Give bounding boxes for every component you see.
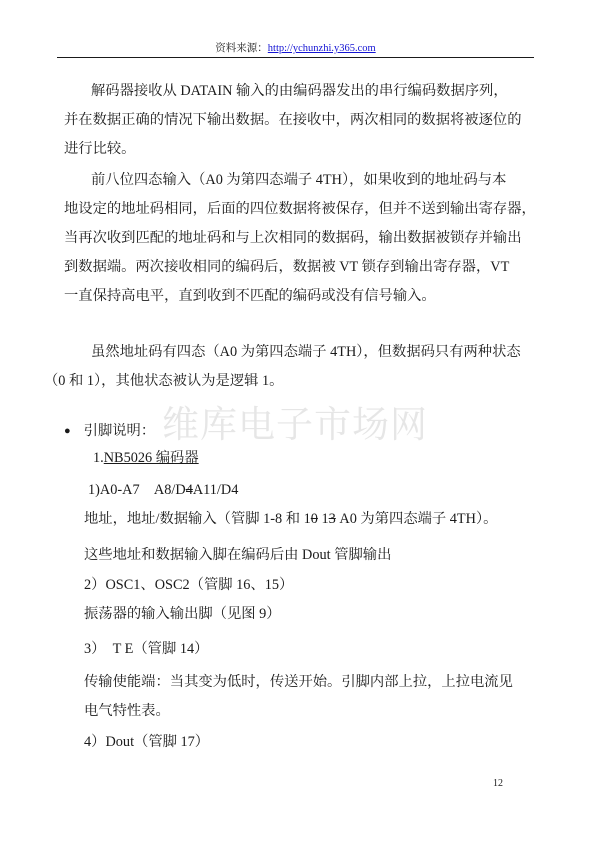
chip-section-title: 1.NB5026 编码器 xyxy=(93,444,199,473)
chip-section-name: NB5026 编码器 xyxy=(104,450,199,466)
watermark-text: 维库电子市场网 xyxy=(162,394,428,448)
paragraph-line: 当再次收到匹配的地址码和与上次相同的数据码，输出数据被锁存并输出 xyxy=(64,224,536,253)
pin-item-1-desc: 地址，地址/数据输入（管脚 1-8 和 10 13 A0 为第四态端子 4TH）… xyxy=(84,505,497,534)
document-page: 资料来源：http://ychunzhi.y365.com 维库电子市场网 解码… xyxy=(0,0,595,842)
paragraph-line: （0 和 1），其他状态被认为是逻辑 1。 xyxy=(44,367,521,396)
paragraph-line: 进行比较。 xyxy=(64,135,522,164)
pin-text: A0 为第四态端子 4TH）。 xyxy=(336,511,498,527)
pin-item-1-note: 这些地址和数据输入脚在编码后由 Dout 管脚输出 xyxy=(84,541,391,570)
paragraph-line: 一直保持高电平，直到收到不匹配的编码或没有信号输入。 xyxy=(64,282,536,311)
page-number: 12 xyxy=(493,778,503,790)
pin-text: 地址，地址/数据输入（管脚 1-8 和 1 xyxy=(84,511,311,527)
paragraph-line: 到数据端。两次接收相同的编码后，数据被 VT 锁存到输出寄存器，VT xyxy=(64,253,536,282)
pin-item-4-title: 4）Dout（管脚 17） xyxy=(84,728,209,757)
pin-heading-label: 引脚说明： xyxy=(84,423,155,439)
pin-item-2-title: 2）OSC1、OSC2（管脚 16、15） xyxy=(84,571,293,600)
pin-text: 1)A0-A7 A8/D xyxy=(88,482,186,498)
paragraph-line: 并在数据正确的情况下输出数据。在接收中，两次相同的数据将被逐位的 xyxy=(64,106,522,135)
struck-text: 0 xyxy=(311,511,318,527)
pin-text: A11/D4 xyxy=(193,482,239,498)
pin-text: 1 xyxy=(318,511,329,527)
paragraph-decoder-receive: 解码器接收从 DATAIN 输入的由编码器发出的串行编码数据序列， 并在数据正确… xyxy=(64,77,522,164)
source-link[interactable]: http://ychunzhi.y365.com xyxy=(268,43,376,54)
page-header: 资料来源：http://ychunzhi.y365.com xyxy=(57,42,534,56)
paragraph-line: 地设定的地址码相同，后面的四位数据将被保存，但并不送到输出寄存器， xyxy=(64,195,536,224)
source-label: 资料来源： xyxy=(215,43,268,54)
pin-item-1-title: 1)A0-A7 A8/D4A11/D4 xyxy=(88,476,238,505)
paragraph-line: 虽然地址码有四态（A0 为第四态端子 4TH），但数据码只有两种状态 xyxy=(64,338,521,367)
struck-text: 4 xyxy=(186,482,193,498)
pin-description-heading: ●引脚说明： xyxy=(64,417,155,446)
header-rule xyxy=(57,57,534,58)
bullet-icon: ● xyxy=(64,425,71,437)
paragraph-line: 传输使能端：当其变为低时，传送开始。引脚内部上拉，上拉电流见 xyxy=(84,668,513,697)
struck-text: 3 xyxy=(329,511,336,527)
pin-item-3-title: 3） T E（管脚 14） xyxy=(84,635,208,664)
paragraph-line: 前八位四态输入（A0 为第四态端子 4TH），如果收到的地址码与本 xyxy=(64,166,536,195)
paragraph-quad-state-input: 前八位四态输入（A0 为第四态端子 4TH），如果收到的地址码与本 地设定的地址… xyxy=(64,166,536,311)
paragraph-line: 解码器接收从 DATAIN 输入的由编码器发出的串行编码数据序列， xyxy=(64,77,522,106)
pin-item-3-desc: 传输使能端：当其变为低时，传送开始。引脚内部上拉，上拉电流见 电气特性表。 xyxy=(84,668,513,726)
pin-item-2-desc: 振荡器的输入输出脚（见图 9） xyxy=(84,600,281,629)
chip-section-number: 1. xyxy=(93,450,104,466)
paragraph-line: 电气特性表。 xyxy=(84,697,513,726)
paragraph-address-states: 虽然地址码有四态（A0 为第四态端子 4TH），但数据码只有两种状态 （0 和 … xyxy=(64,338,521,396)
